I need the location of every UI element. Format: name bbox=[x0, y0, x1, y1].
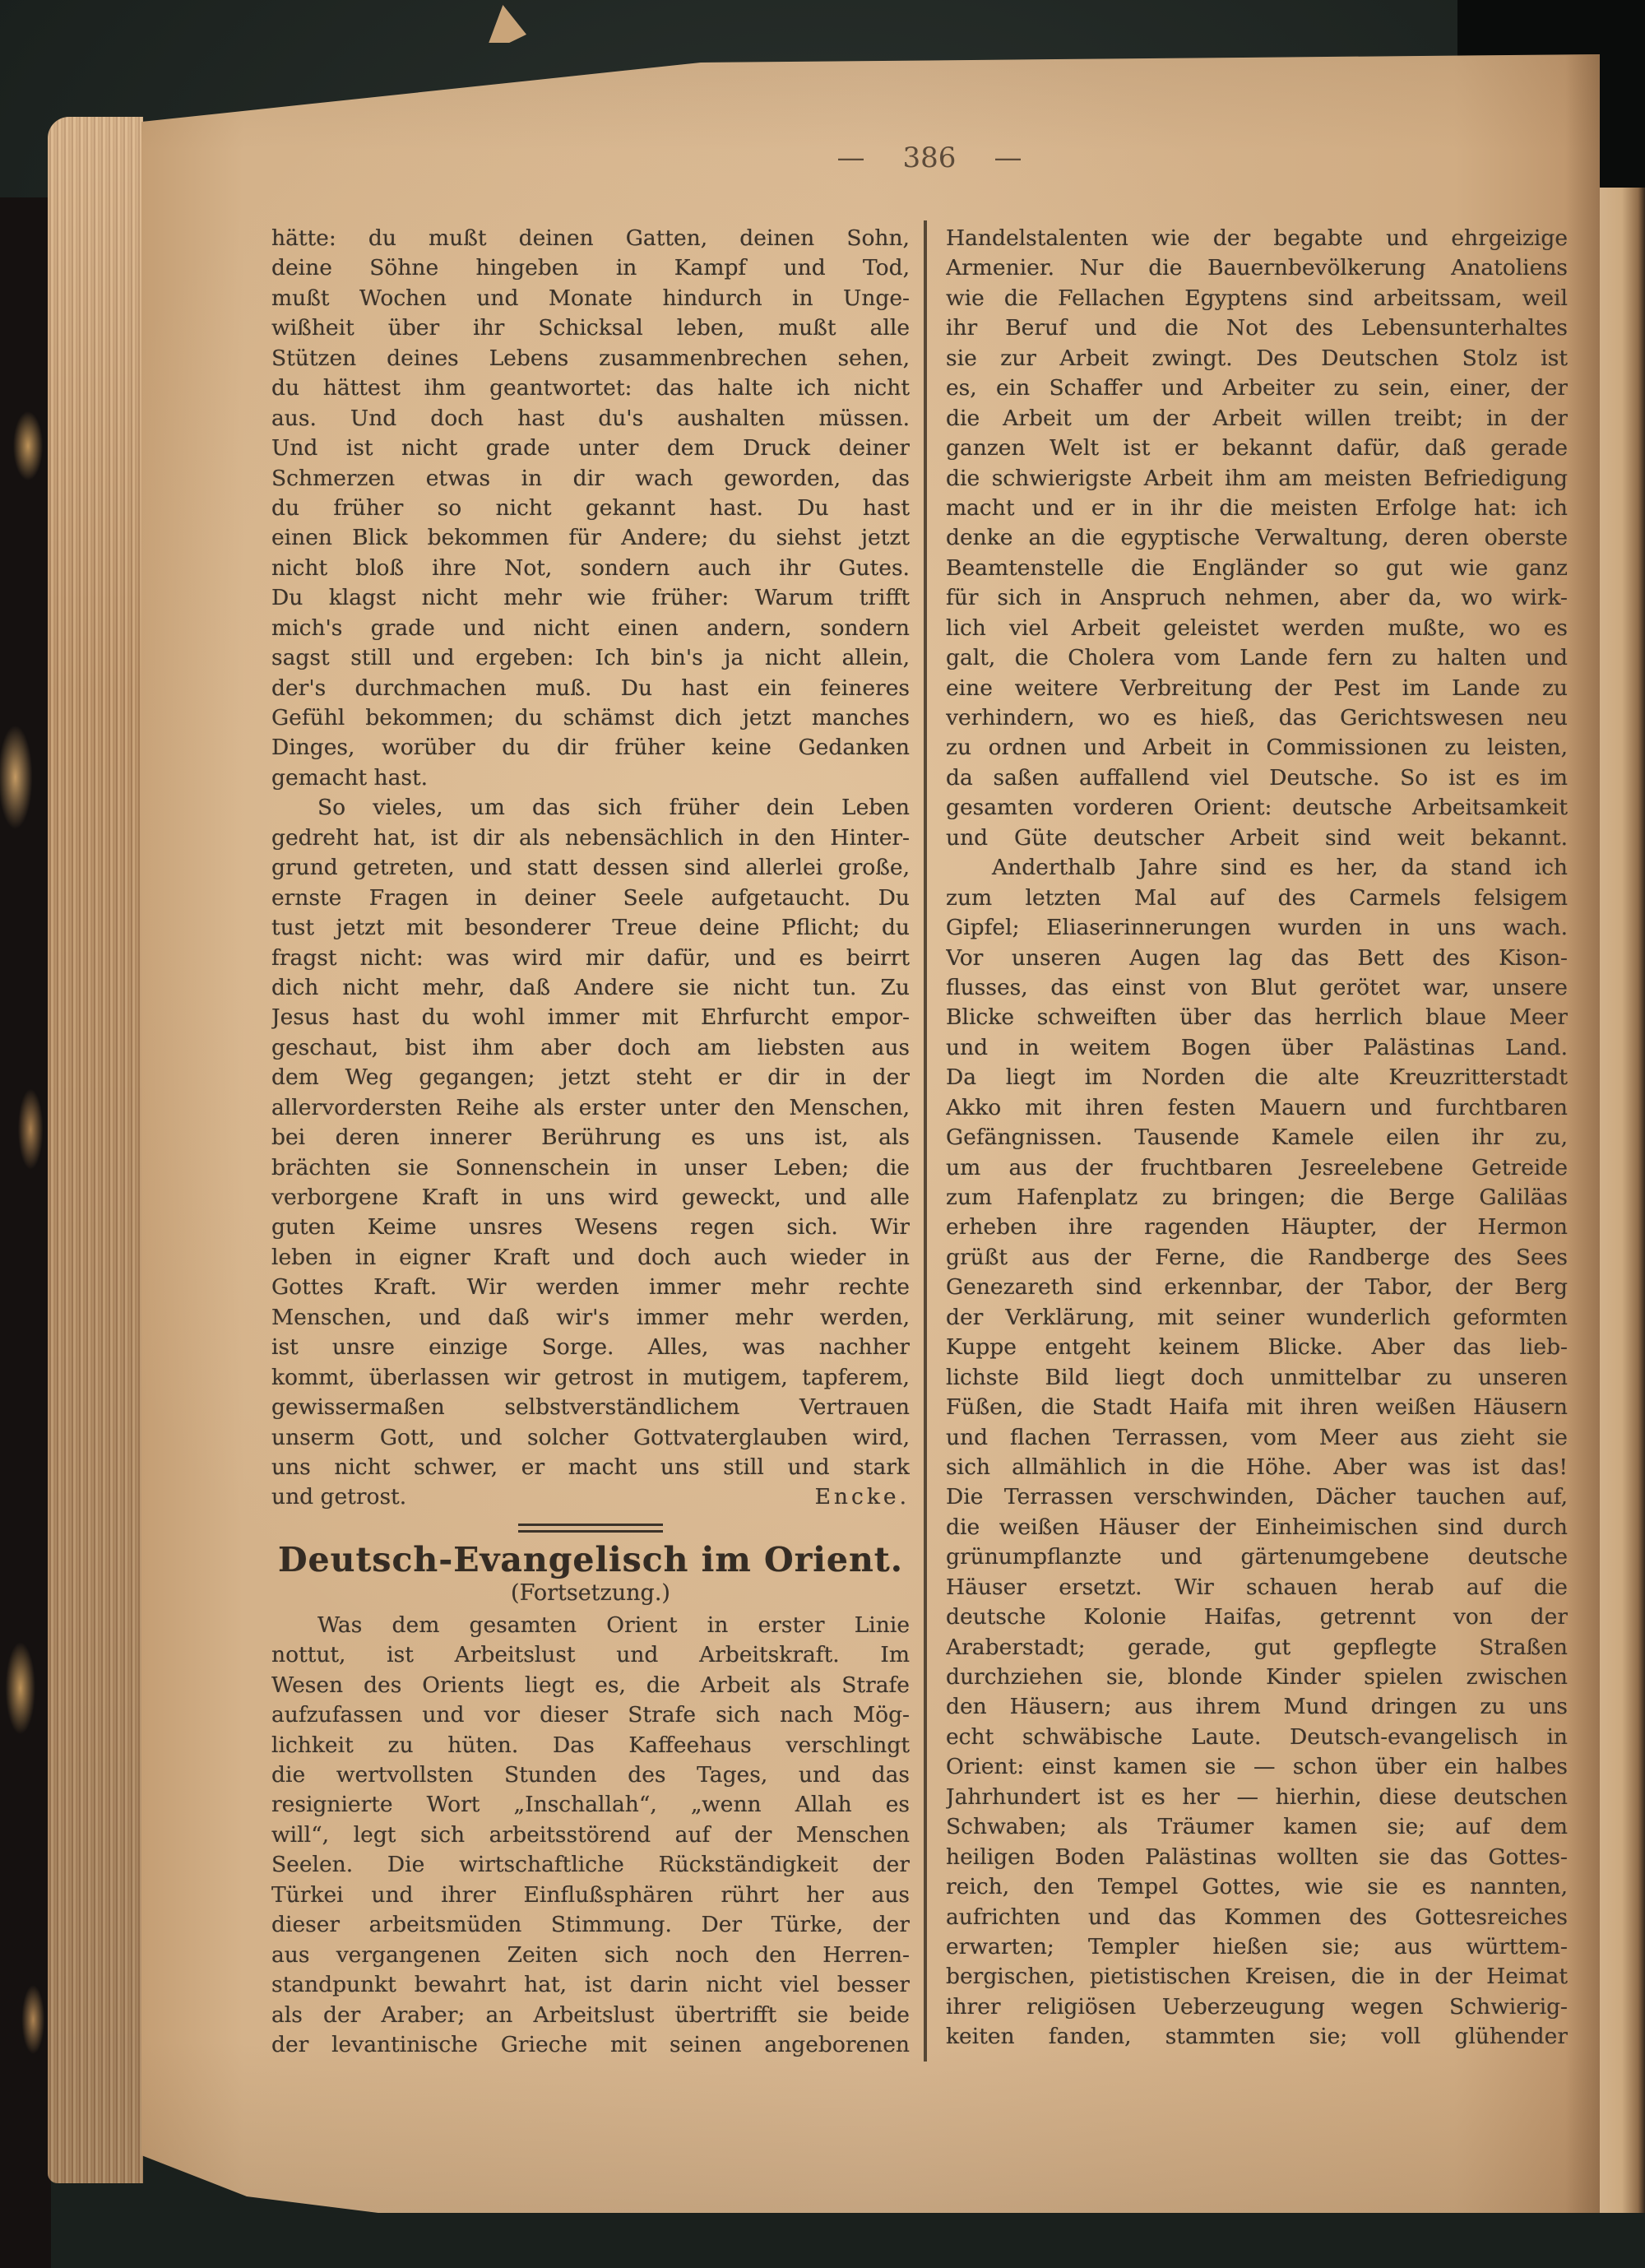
right-column: Handelstalenten wie der begabte und ehrg… bbox=[946, 224, 1568, 2052]
text-line: galt, die Cholera vom Lande fern zu halt… bbox=[946, 643, 1568, 673]
paragraph-end-text: und getrost. bbox=[271, 1482, 406, 1512]
text-line: sie zur Arbeit zwingt. Des Deutschen Sto… bbox=[946, 344, 1568, 373]
text-line: Dinges, worüber du dir früher keine Geda… bbox=[271, 733, 910, 763]
text-line: gesamten vorderen Orient: deutsche Arbei… bbox=[946, 793, 1568, 823]
text-line: eine weitere Verbreitung der Pest im Lan… bbox=[946, 674, 1568, 703]
text-line: standpunkt bewahrt hat, ist darin nicht … bbox=[271, 1970, 910, 2000]
text-line: ihrer religiösen Ueberzeugung wegen Schw… bbox=[946, 1992, 1568, 2022]
text-line: mich's grade und nicht einen andern, son… bbox=[271, 614, 910, 643]
text-line: Blicke schweiften über das herrlich blau… bbox=[946, 1003, 1568, 1032]
text-line: Gottes Kraft. Wir werden immer mehr rech… bbox=[271, 1273, 910, 1302]
text-line: lichkeit zu hüten. Das Kaffeehaus versch… bbox=[271, 1731, 910, 1760]
text-line: um aus der fruchtbaren Jesreelebene Getr… bbox=[946, 1153, 1568, 1183]
text-line: leben in eigner Kraft und doch auch wied… bbox=[271, 1243, 910, 1273]
text-line: und Güte deutscher Arbeit sind weit beka… bbox=[946, 823, 1568, 853]
text-line: Wesen des Orients liegt es, die Arbeit a… bbox=[271, 1671, 910, 1700]
text-line: Und ist nicht grade unter dem Druck dein… bbox=[271, 434, 910, 463]
text-line: aus. Und doch hast du's aushalten müssen… bbox=[271, 404, 910, 434]
text-line: echt schwäbische Laute. Deutsch-evangeli… bbox=[946, 1723, 1568, 1752]
book-page: — 386 — hätte: du mußt deinen Gatten, de… bbox=[141, 43, 1600, 2215]
text-line: Genezareth sind erkennbar, der Tabor, de… bbox=[946, 1273, 1568, 1302]
text-line: bei deren innerer Berührung es uns ist, … bbox=[271, 1123, 910, 1153]
text-line: lichste Bild liegt doch unmittelbar zu u… bbox=[946, 1363, 1568, 1393]
text-line: Was dem gesamten Orient in erster Linie bbox=[271, 1611, 910, 1640]
text-line: die schwierigste Arbeit ihm am meisten B… bbox=[946, 464, 1568, 494]
text-line: gedreht hat, ist dir als nebensächlich i… bbox=[271, 823, 910, 853]
text-line: grund getreten, und statt dessen sind al… bbox=[271, 853, 910, 883]
page-number: — 386 — bbox=[271, 141, 1587, 174]
paragraph: So vieles, um das sich früher dein Leben… bbox=[271, 793, 910, 1482]
text-line: und flachen Terrassen, vom Meer aus zieh… bbox=[946, 1423, 1568, 1453]
paragraph: Anderthalb Jahre sind es her, da stand i… bbox=[946, 853, 1568, 2052]
text-line: Stützen deines Lebens zusammenbrechen se… bbox=[271, 344, 910, 373]
article-title: Deutsch-Evangelisch im Orient. bbox=[271, 1540, 910, 1579]
text-line: zum letzten Mal auf des Carmels felsigem bbox=[946, 884, 1568, 913]
text-line: Orient: einst kamen sie — schon über ein… bbox=[946, 1752, 1568, 1782]
author-name: Encke. bbox=[815, 1482, 910, 1512]
text-line: heiligen Boden Palästinas wollten sie da… bbox=[946, 1843, 1568, 1872]
text-line: Handelstalenten wie der begabte und ehrg… bbox=[946, 224, 1568, 253]
text-line: für sich in Anspruch nehmen, aber da, wo… bbox=[946, 583, 1568, 613]
text-line: nicht bloß ihre Not, sondern auch ihr Gu… bbox=[271, 554, 910, 583]
text-line: als der Araber; an Arbeitslust übertriff… bbox=[271, 2001, 910, 2030]
text-line: Akko mit ihren festen Mauern und furchtb… bbox=[946, 1093, 1568, 1123]
text-line: Kuppe entgeht keinem Blicke. Aber das li… bbox=[946, 1333, 1568, 1362]
text-line: Araberstadt; gerade, gut gepflegte Straß… bbox=[946, 1633, 1568, 1663]
text-line: den Häusern; aus ihrem Mund dringen zu u… bbox=[946, 1692, 1568, 1722]
text-line: dich nicht mehr, daß Andere sie nicht tu… bbox=[271, 973, 910, 1003]
paragraph-continuation: hätte: du mußt deinen Gatten, deinen Soh… bbox=[271, 224, 910, 793]
text-line: die weißen Häuser der Einheimischen sind… bbox=[946, 1513, 1568, 1542]
text-line: du hättest ihm geantwortet: das halte ic… bbox=[271, 373, 910, 403]
left-column: hätte: du mußt deinen Gatten, deinen Soh… bbox=[271, 224, 910, 2060]
text-line: flusses, das einst von Blut gerötet war,… bbox=[946, 973, 1568, 1003]
text-line: aus vergangenen Zeiten sich noch den Her… bbox=[271, 1941, 910, 1970]
column-divider-rule bbox=[924, 220, 927, 2062]
text-line: erheben ihre ragenden Häupter, der Hermo… bbox=[946, 1213, 1568, 1242]
text-line: Türkei und ihrer Einflußsphären rührt he… bbox=[271, 1881, 910, 1910]
page-number-dash-left: — bbox=[837, 141, 865, 174]
text-line: Anderthalb Jahre sind es her, da stand i… bbox=[946, 853, 1568, 883]
text-line: kommt, überlassen wir getrost in mutigem… bbox=[271, 1363, 910, 1393]
text-line: dieser arbeitsmüden Stimmung. Der Türke,… bbox=[271, 1910, 910, 1940]
text-line: guten Keime unsres Wesens regen sich. Wi… bbox=[271, 1213, 910, 1242]
text-line: lich viel Arbeit geleistet werden mußte,… bbox=[946, 614, 1568, 643]
text-line: macht und er in ihr die meisten Erfolge … bbox=[946, 494, 1568, 523]
text-line: Vor unseren Augen lag das Bett des Kison… bbox=[946, 944, 1568, 973]
text-line: Jahrhundert ist es her — hierhin, diese … bbox=[946, 1783, 1568, 1812]
text-line: erwarten; Templer hießen sie; aus württe… bbox=[946, 1932, 1568, 1962]
text-line: und in weitem Bogen über Palästinas Land… bbox=[946, 1033, 1568, 1063]
text-line: gewissermaßen selbstverständlichem Vertr… bbox=[271, 1393, 910, 1422]
text-line: Jesus hast du wohl immer mit Ehrfurcht e… bbox=[271, 1003, 910, 1032]
text-line: durchziehen sie, blonde Kinder spielen z… bbox=[946, 1663, 1568, 1692]
marbled-cover-edge bbox=[0, 197, 51, 2268]
text-line: Die Terrassen verschwinden, Dächer tauch… bbox=[946, 1482, 1568, 1512]
text-line: hätte: du mußt deinen Gatten, deinen Soh… bbox=[271, 224, 910, 253]
text-line: Häuser ersetzt. Wir schauen herab auf di… bbox=[946, 1573, 1568, 1602]
text-line: ganzen Welt ist er bekannt dafür, daß ge… bbox=[946, 434, 1568, 463]
text-line: keiten fanden, stammten sie; voll glühen… bbox=[946, 2022, 1568, 2052]
text-line: aufzufassen und vor dieser Strafe sich n… bbox=[271, 1700, 910, 1730]
text-line: grüßt aus der Ferne, die Randberge des S… bbox=[946, 1243, 1568, 1273]
text-line: zum Hafenplatz zu bringen; die Berge Gal… bbox=[946, 1183, 1568, 1213]
text-line: will“, legt sich arbeitsstörend auf der … bbox=[271, 1820, 910, 1850]
text-line: aufrichten und das Kommen des Gottesreic… bbox=[946, 1903, 1568, 1932]
text-line: bergischen, pietistischen Kreisen, die i… bbox=[946, 1962, 1568, 1992]
text-line: Armenier. Nur die Bauernbevölkerung Anat… bbox=[946, 253, 1568, 283]
text-line: wißheit über ihr Schicksal leben, mußt a… bbox=[271, 313, 910, 343]
text-line: fragst nicht: was wird mir dafür, und es… bbox=[271, 944, 910, 973]
text-line: Schwaben; als Träumer kamen sie; auf dem bbox=[946, 1812, 1568, 1842]
text-line: Seelen. Die wirtschaftliche Rückständigk… bbox=[271, 1850, 910, 1880]
section-divider-rule bbox=[518, 1524, 663, 1533]
page-number-dash-right: — bbox=[994, 141, 1022, 174]
text-line: wie die Fellachen Egyptens sind arbeitss… bbox=[946, 284, 1568, 313]
text-line: denke an die egyptische Verwaltung, dere… bbox=[946, 523, 1568, 553]
text-line: verborgene Kraft in uns wird geweckt, un… bbox=[271, 1183, 910, 1213]
text-line: Gipfel; Eliaserinnerungen wurden in uns … bbox=[946, 913, 1568, 943]
text-line: die Arbeit um der Arbeit willen treibt; … bbox=[946, 404, 1568, 434]
text-line: sich allmählich in die Höhe. Aber was is… bbox=[946, 1453, 1568, 1482]
scanned-book-page-photo: — 386 — hätte: du mußt deinen Gatten, de… bbox=[0, 0, 1645, 2268]
text-line: die wertvollsten Stunden des Tages, und … bbox=[271, 1760, 910, 1790]
text-line: gemacht hast. bbox=[271, 763, 910, 793]
author-signature-line: und getrost. Encke. bbox=[271, 1482, 910, 1512]
text-line: deine Söhne hingeben in Kampf und Tod, bbox=[271, 253, 910, 283]
text-line: grünumpflanzte und gärtenumgebene deutsc… bbox=[946, 1542, 1568, 1572]
text-line: uns nicht schwer, er macht uns still und… bbox=[271, 1453, 910, 1482]
text-line: reich, den Tempel Gottes, wie sie es nan… bbox=[946, 1872, 1568, 1902]
paragraph-continuation: Handelstalenten wie der begabte und ehrg… bbox=[946, 224, 1568, 853]
text-line: zu ordnen und Arbeit in Commissionen zu … bbox=[946, 733, 1568, 763]
page-number-value: 386 bbox=[903, 141, 957, 174]
text-line: ihr Beruf und die Not des Lebensunterhal… bbox=[946, 313, 1568, 343]
article-subtitle: (Fortsetzung.) bbox=[271, 1579, 910, 1607]
text-line: unserm Gott, und solcher Gottvaterglaube… bbox=[271, 1423, 910, 1453]
text-line: Füßen, die Stadt Haifa mit ihren weißen … bbox=[946, 1393, 1568, 1422]
text-line: der's durchmachen muß. Du hast ein feine… bbox=[271, 674, 910, 703]
text-line: verhindern, wo es hieß, das Gerichtswese… bbox=[946, 703, 1568, 733]
text-line: Gefühl bekommen; du schämst dich jetzt m… bbox=[271, 703, 910, 733]
paragraph: Was dem gesamten Orient in erster Linien… bbox=[271, 1611, 910, 2061]
text-line: Menschen, und daß wir's immer mehr werde… bbox=[271, 1303, 910, 1333]
text-line: geschaut, bist ihm aber doch am liebsten… bbox=[271, 1033, 910, 1063]
text-line: dem Weg gegangen; jetzt steht er dir in … bbox=[271, 1063, 910, 1092]
text-line: der levantinische Grieche mit seinen ang… bbox=[271, 2030, 910, 2060]
text-line: nottut, ist Arbeitslust und Arbeitskraft… bbox=[271, 1640, 910, 1670]
text-line: es, ein Schaffer und Arbeiter zu sein, e… bbox=[946, 373, 1568, 403]
text-line: Du klagst nicht mehr wie früher: Warum t… bbox=[271, 583, 910, 613]
text-line: Da liegt im Norden die alte Kreuzritters… bbox=[946, 1063, 1568, 1092]
text-line: mußt Wochen und Monate hindurch in Unge- bbox=[271, 284, 910, 313]
text-line: du früher so nicht gekannt hast. Du hast bbox=[271, 494, 910, 523]
text-line: Schmerzen etwas in dir wach geworden, da… bbox=[271, 464, 910, 494]
text-line: ernste Fragen in deiner Seele aufgetauch… bbox=[271, 884, 910, 913]
text-line: deutsche Kolonie Haifas, getrennt von de… bbox=[946, 1602, 1568, 1632]
text-line: einen Blick bekommen für Andere; du sieh… bbox=[271, 523, 910, 553]
text-line: So vieles, um das sich früher dein Leben bbox=[271, 793, 910, 823]
text-line: allervordersten Reihe als erster unter d… bbox=[271, 1093, 910, 1123]
page-edges-stack bbox=[48, 117, 143, 2183]
text-line: Beamtenstelle die Engländer so gut wie g… bbox=[946, 554, 1568, 583]
text-line: ist unsre einzige Sorge. Alles, was nach… bbox=[271, 1333, 910, 1362]
text-line: Gefängnissen. Tausende Kamele eilen ihr … bbox=[946, 1123, 1568, 1153]
text-line: resignierte Wort „Inschallah“, „wenn All… bbox=[271, 1790, 910, 1820]
text-line: da saßen auffallend viel Deutsche. So is… bbox=[946, 763, 1568, 793]
text-line: der Verklärung, mit seiner wunderlich ge… bbox=[946, 1303, 1568, 1333]
text-line: brächten sie Sonnenschein in unser Leben… bbox=[271, 1153, 910, 1183]
text-line: tust jetzt mit besonderer Treue deine Pf… bbox=[271, 913, 910, 943]
text-line: sagst still und ergeben: Ich bin's ja ni… bbox=[271, 643, 910, 673]
